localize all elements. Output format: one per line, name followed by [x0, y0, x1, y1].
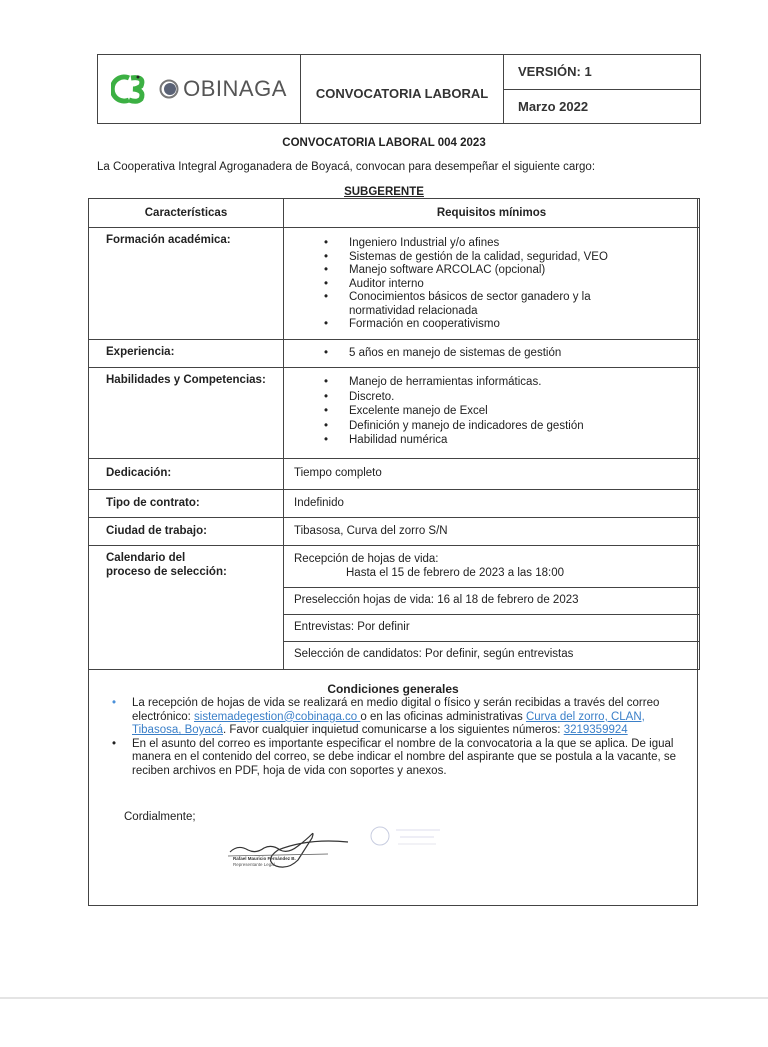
calendario-label-line1: Calendario del [106, 552, 283, 566]
general-conditions: Condiciones generales La recepción de ho… [88, 674, 698, 778]
document-title: CONVOCATORIA LABORAL 004 2023 [0, 137, 768, 149]
table-row: Ciudad de trabajo: Tibasosa, Curva del z… [89, 518, 700, 546]
seleccion-value: Selección de candidatos: Por definir, se… [284, 642, 700, 670]
table-row: Experiencia: 5 años en manejo de sistema… [89, 340, 700, 368]
cobinaga-logo-icon [111, 72, 155, 106]
row-label-formacion: Formación académica: [89, 228, 284, 340]
document-header: OBINAGA CONVOCATORIA LABORAL VERSIÓN: 1 … [97, 54, 701, 124]
table-row: Formación académica: Ingeniero Industria… [89, 228, 700, 340]
signer-name: Rafael Mauricio Fernández B. [233, 856, 296, 861]
row-label-contrato: Tipo de contrato: [89, 490, 284, 518]
contrato-value: Indefinido [284, 490, 700, 518]
logo-circle-icon [159, 79, 179, 99]
recepcion-cell: Recepción de hojas de vida: Hasta el 15 … [284, 546, 700, 588]
list-item: Conocimientos básicos de sector ganadero… [336, 291, 699, 318]
row-label-dedicacion: Dedicación: [89, 459, 284, 490]
list-item: Habilidad numérica [336, 433, 699, 448]
conditions-list: La recepción de hojas de vida se realiza… [88, 697, 698, 778]
list-item: Sistemas de gestión de la calidad, segur… [336, 251, 699, 265]
list-item: Definición y manejo de indicadores de ge… [336, 419, 699, 434]
requirements-table: Características Requisitos mínimos Forma… [88, 198, 700, 670]
row-label-ciudad: Ciudad de trabajo: [89, 518, 284, 546]
intro-text: La Cooperativa Integral Agroganadera de … [97, 161, 595, 173]
condition-item: En el asunto del correo es importante es… [132, 738, 698, 779]
list-item: Auditor interno [336, 278, 699, 292]
list-item: 5 años en manejo de sistemas de gestión [336, 347, 699, 361]
ciudad-value: Tibasosa, Curva del zorro S/N [284, 518, 700, 546]
list-item: Excelente manejo de Excel [336, 404, 699, 419]
table-row: Dedicación: Tiempo completo [89, 459, 700, 490]
condition-text: . Favor cualquier inquietud comunicarse … [223, 724, 564, 736]
signer-role: Representante Legal [233, 862, 275, 867]
column-header-requirements: Requisitos mínimos [284, 199, 700, 228]
experiencia-list: 5 años en manejo de sistemas de gestión [294, 347, 699, 361]
position-title: SUBGERENTE [0, 186, 768, 198]
dedicacion-value: Tiempo completo [284, 459, 700, 490]
version-label: VERSIÓN: 1 [504, 55, 700, 90]
condition-item: La recepción de hojas de vida se realiza… [132, 697, 698, 738]
row-label-calendario: Calendario del proceso de selección: [89, 546, 284, 670]
calendario-label-line2: proceso de selección: [106, 566, 283, 580]
table-row: Habilidades y Competencias: Manejo de he… [89, 368, 700, 459]
email-link[interactable]: sistemadegestion@cobinaga.co [194, 711, 360, 723]
habilidades-list: Manejo de herramientas informáticas. Dis… [294, 375, 699, 448]
phone-link[interactable]: 3219359924 [564, 724, 628, 736]
list-item: Manejo de herramientas informáticas. [336, 375, 699, 390]
recepcion-title: Recepción de hojas de vida: [294, 552, 699, 566]
stamp-icon [368, 822, 448, 852]
row-label-habilidades: Habilidades y Competencias: [89, 368, 284, 459]
conditions-title: Condiciones generales [88, 682, 698, 696]
table-row: Tipo de contrato: Indefinido [89, 490, 700, 518]
formacion-list: Ingeniero Industrial y/o afines Sistemas… [294, 237, 699, 332]
list-item: Discreto. [336, 390, 699, 405]
row-label-experiencia: Experiencia: [89, 340, 284, 368]
version-date: Marzo 2022 [504, 90, 700, 124]
recepcion-value: Hasta el 15 de febrero de 2023 a las 18:… [294, 566, 699, 580]
logo-text: OBINAGA [183, 76, 287, 102]
page-divider [0, 997, 768, 999]
entrevistas-value: Entrevistas: Por definir [284, 615, 700, 642]
list-item: Formación en cooperativismo [336, 318, 699, 332]
list-item: Manejo software ARCOLAC (opcional) [336, 264, 699, 278]
closing-greeting: Cordialmente; [124, 811, 196, 823]
preseleccion-value: Preselección hojas de vida: 16 al 18 de … [284, 588, 700, 615]
column-header-characteristics: Características [89, 199, 284, 228]
condition-text: o en las oficinas administrativas [360, 711, 526, 723]
logo: OBINAGA [98, 55, 301, 123]
list-item: Ingeniero Industrial y/o afines [336, 237, 699, 251]
header-title: CONVOCATORIA LABORAL [301, 55, 504, 123]
table-row: Calendario del proceso de selección: Rec… [89, 546, 700, 588]
